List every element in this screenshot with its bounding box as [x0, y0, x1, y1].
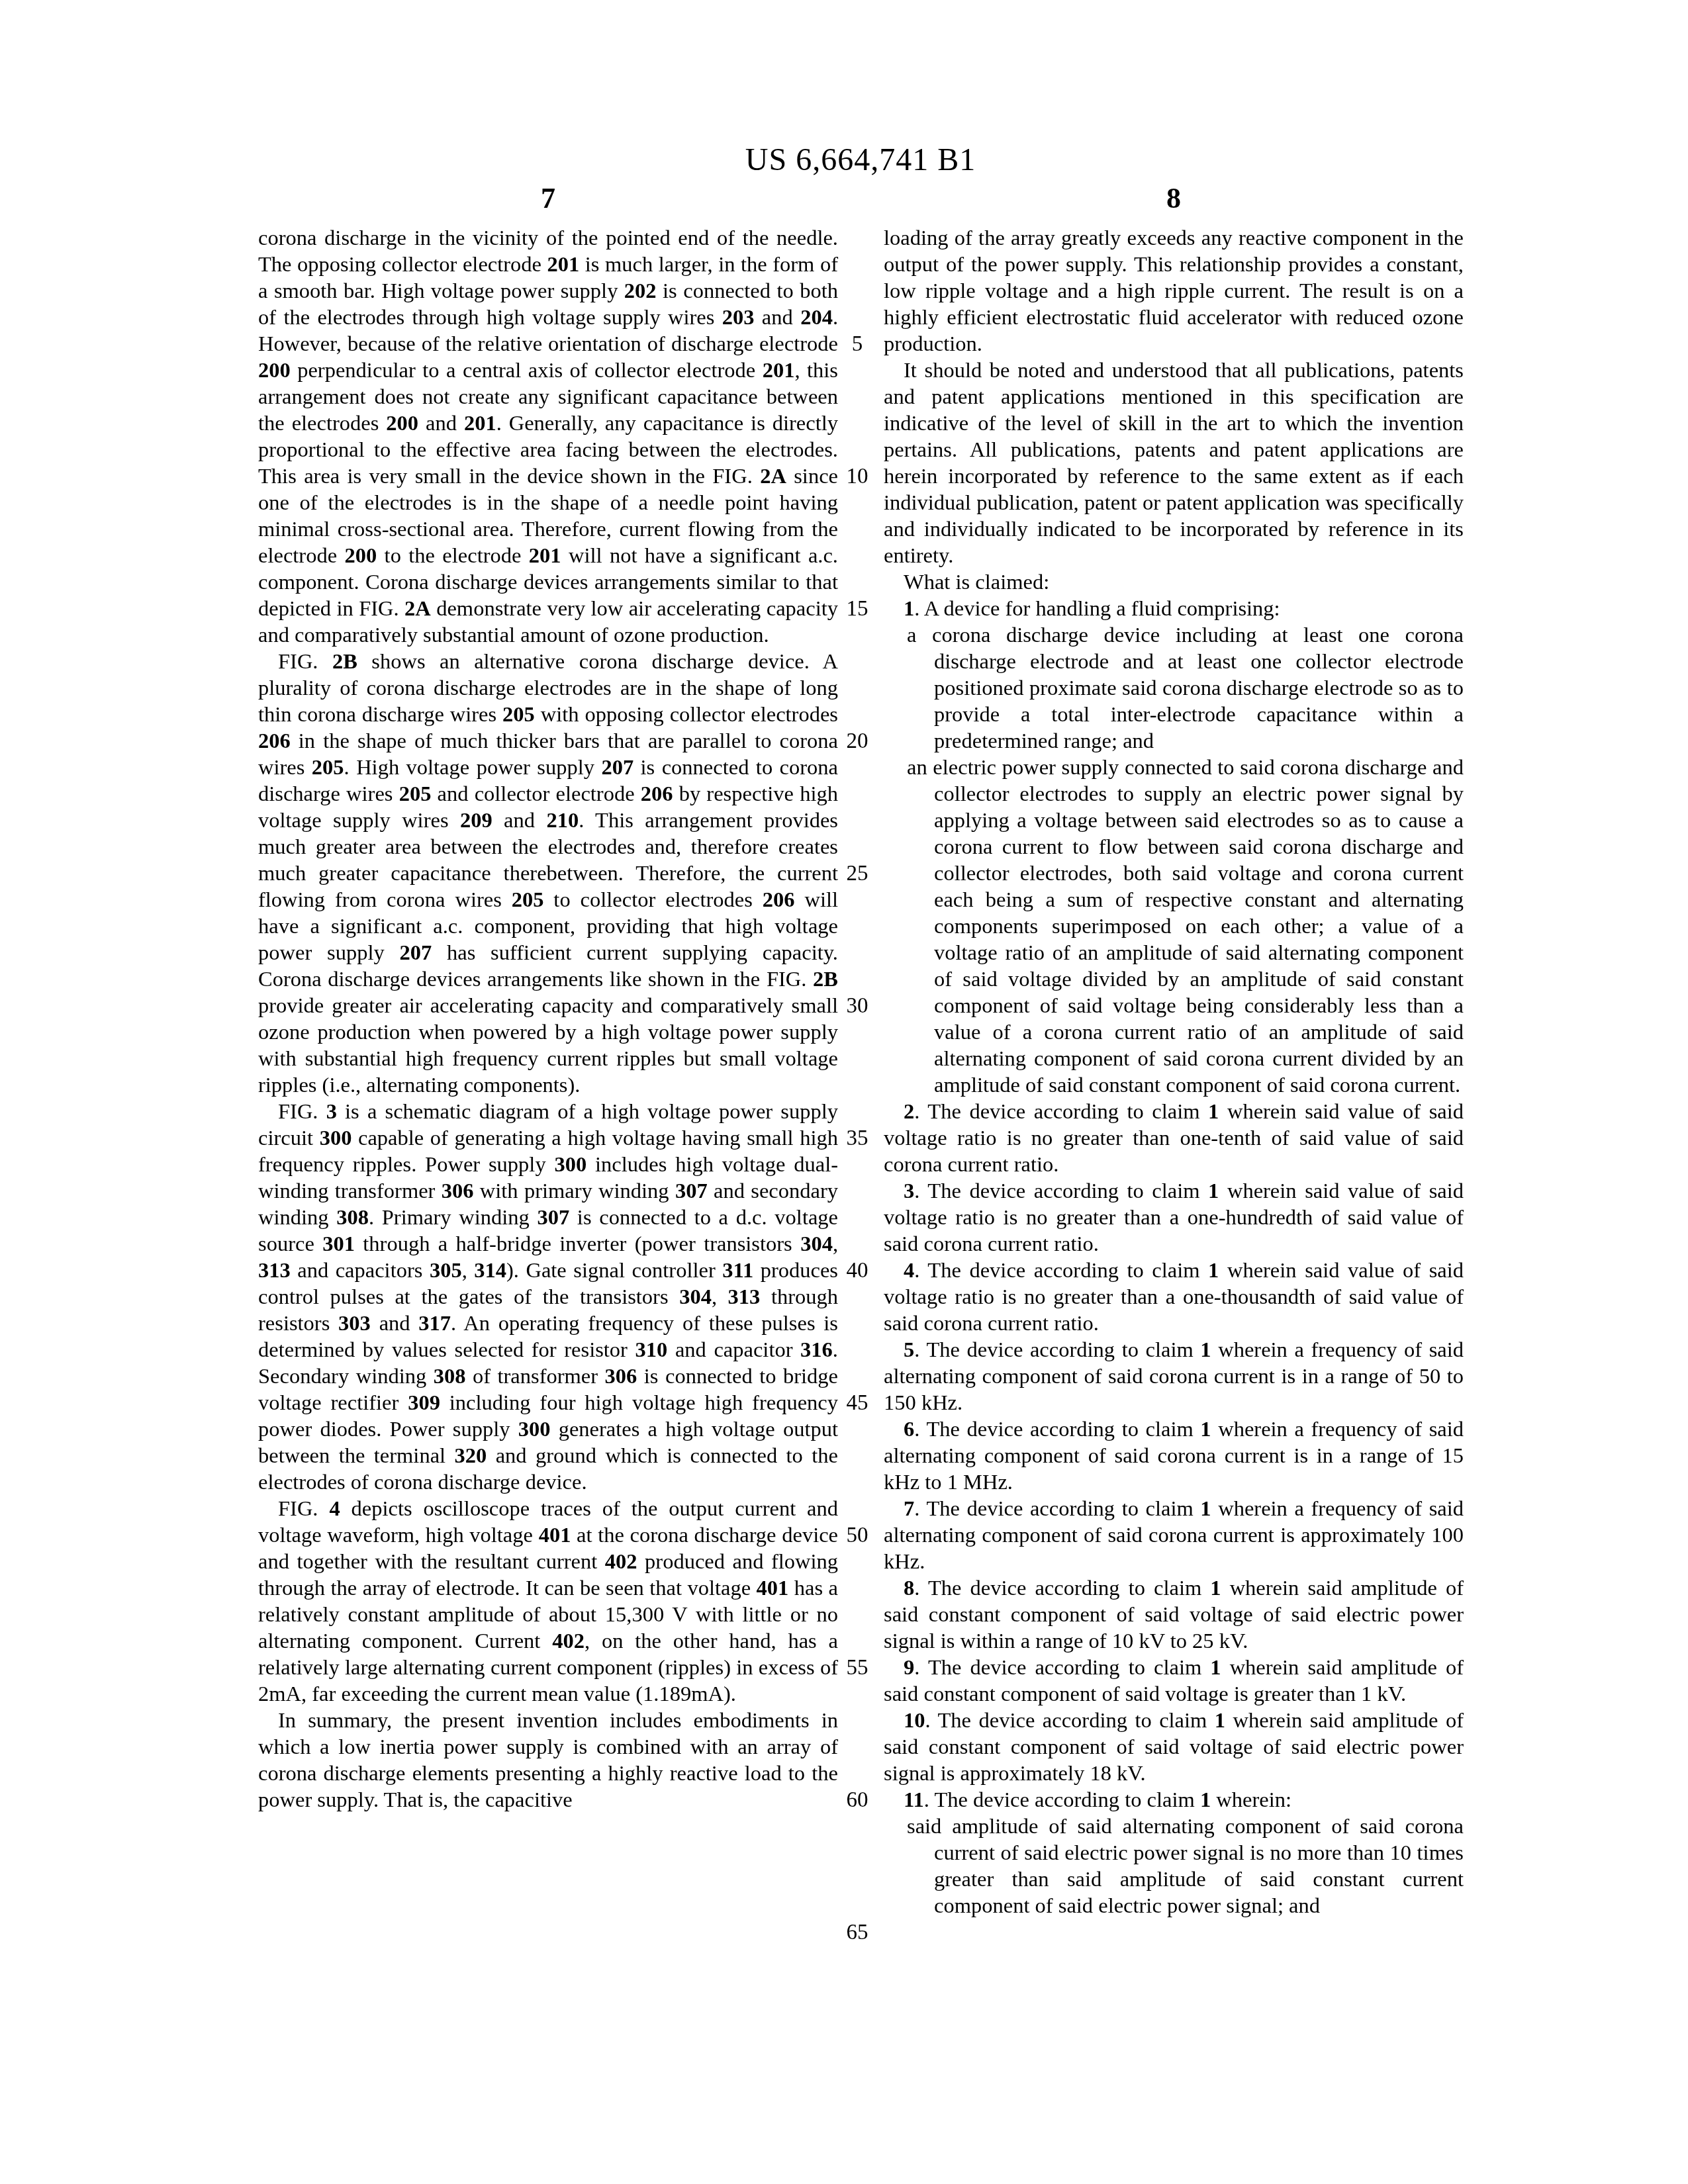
column-number-right: 8 — [1107, 181, 1240, 215]
body-paragraph: It should be noted and understood that a… — [884, 357, 1464, 569]
claim-7-paragraph: 7. The device according to claim 1 where… — [884, 1496, 1464, 1575]
claim-1-paragraph: 1. A device for handling a fluid compris… — [884, 596, 1464, 622]
claim-11-paragraph: 11. The device according to claim 1 wher… — [884, 1787, 1464, 1813]
body-paragraph: FIG. 3 is a schematic diagram of a high … — [258, 1099, 838, 1496]
left-column: corona discharge in the vicinity of the … — [258, 225, 838, 1813]
body-paragraph: In summary, the present invention includ… — [258, 1707, 838, 1813]
claim-1-clause: an electric power supply connected to sa… — [884, 754, 1464, 1099]
body-paragraph: loading of the array greatly exceeds any… — [884, 225, 1464, 357]
claim-3-paragraph: 3. The device according to claim 1 where… — [884, 1178, 1464, 1257]
body-paragraph: FIG. 4 depicts oscilloscope traces of th… — [258, 1496, 838, 1707]
patent-page: US 6,664,741 B1 7 8 5 10 15 20 25 30 35 … — [0, 0, 1688, 2184]
column-number-left: 7 — [482, 181, 614, 215]
claim-1-clause: a corona discharge device including at l… — [884, 622, 1464, 754]
line-number: 65 — [827, 1919, 887, 1946]
claim-8-paragraph: 8. The device according to claim 1 where… — [884, 1575, 1464, 1655]
claim-11-clause: said amplitude of said alternating compo… — [884, 1813, 1464, 1919]
claim-9-paragraph: 9. The device according to claim 1 where… — [884, 1655, 1464, 1707]
body-paragraph: FIG. 2B shows an alternative corona disc… — [258, 649, 838, 1099]
body-paragraph: corona discharge in the vicinity of the … — [258, 225, 838, 649]
claim-6-paragraph: 6. The device according to claim 1 where… — [884, 1416, 1464, 1496]
right-column: loading of the array greatly exceeds any… — [884, 225, 1464, 1919]
claim-4-paragraph: 4. The device according to claim 1 where… — [884, 1257, 1464, 1337]
claim-2-paragraph: 2. The device according to claim 1 where… — [884, 1099, 1464, 1178]
claim-10-paragraph: 10. The device according to claim 1 wher… — [884, 1707, 1464, 1787]
claims-preamble: What is claimed: — [884, 569, 1464, 596]
claim-5-paragraph: 5. The device according to claim 1 where… — [884, 1337, 1464, 1416]
